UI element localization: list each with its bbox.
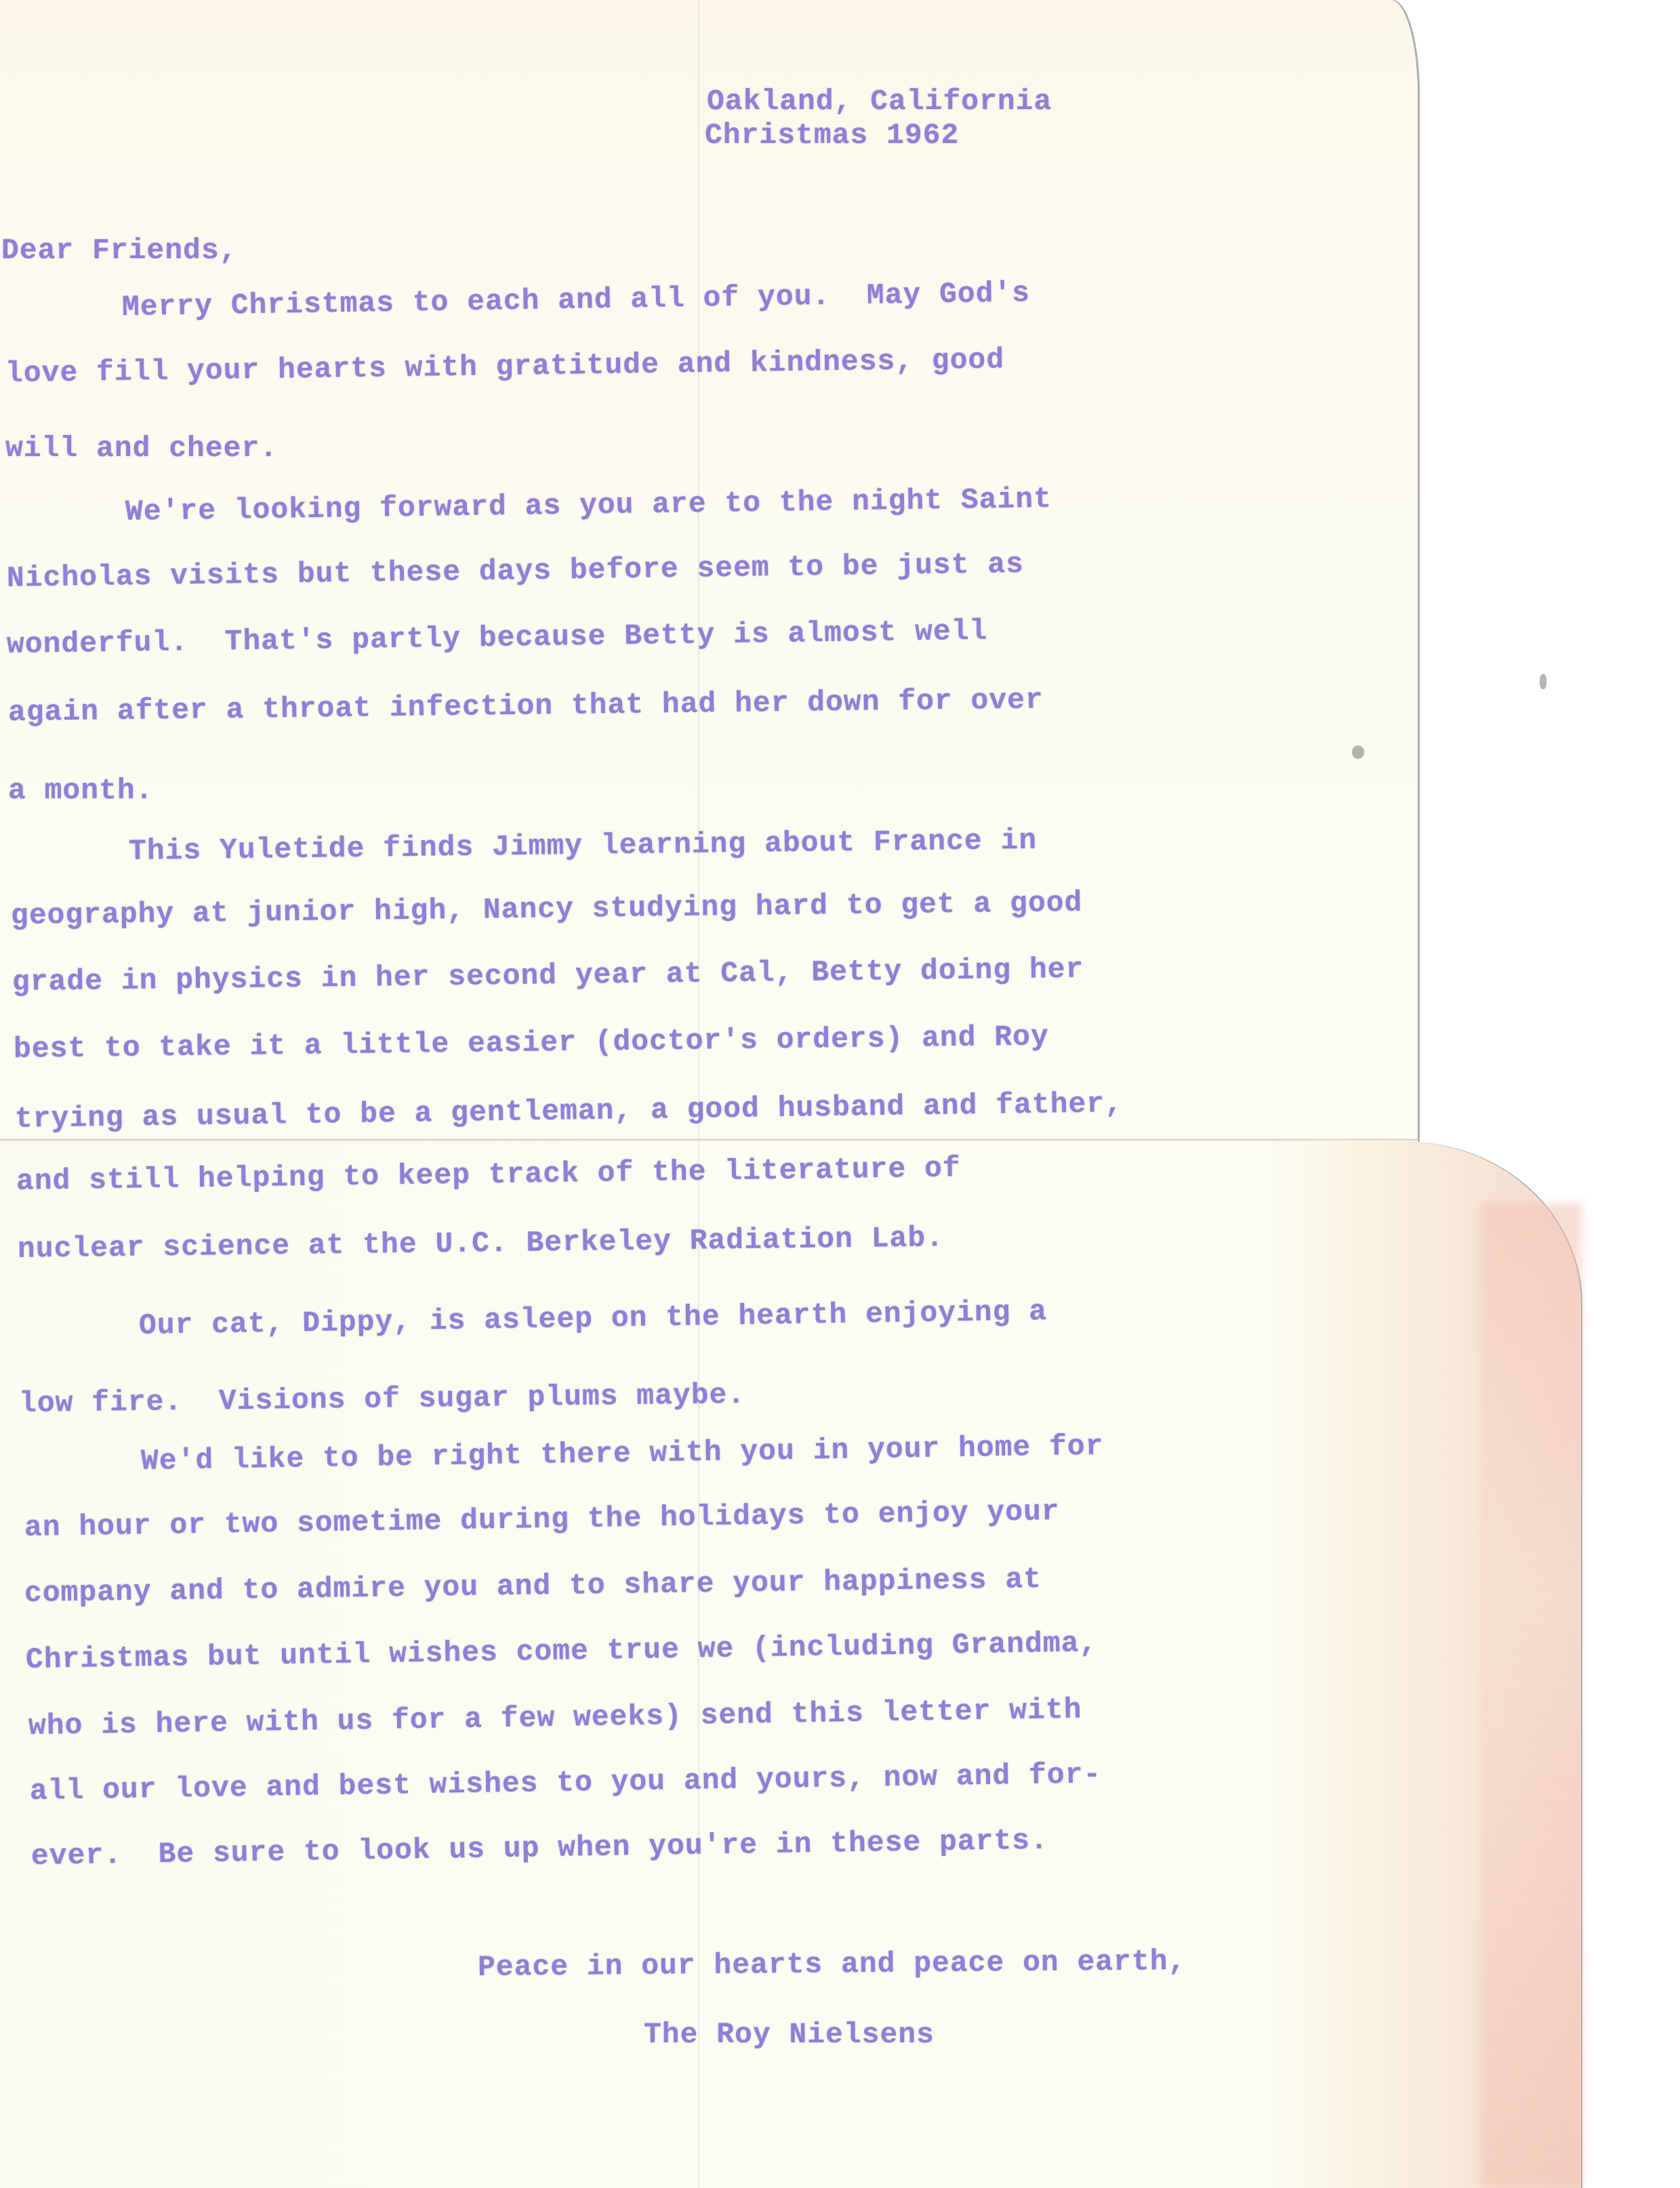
ink-spot [1352,745,1364,759]
letter-salutation: Dear Friends, [1,236,237,265]
ink-spot [1540,674,1546,689]
letter-body-line: will and cheer. [5,434,278,463]
paper-fold-line [0,1138,1420,1141]
letter-date: Christmas 1962 [705,121,959,150]
letter-location: Oakland, California [707,87,1052,116]
letter-body-line: low fire. Visions of sugar plums maybe. [19,1380,746,1418]
paper-stain [1481,1203,1582,2188]
letter-body-line: a month. [8,776,153,805]
letter-signature: The Roy Nielsens [644,2020,935,2049]
letter-closing: Peace in our hearts and peace on earth, [478,1947,1187,1982]
